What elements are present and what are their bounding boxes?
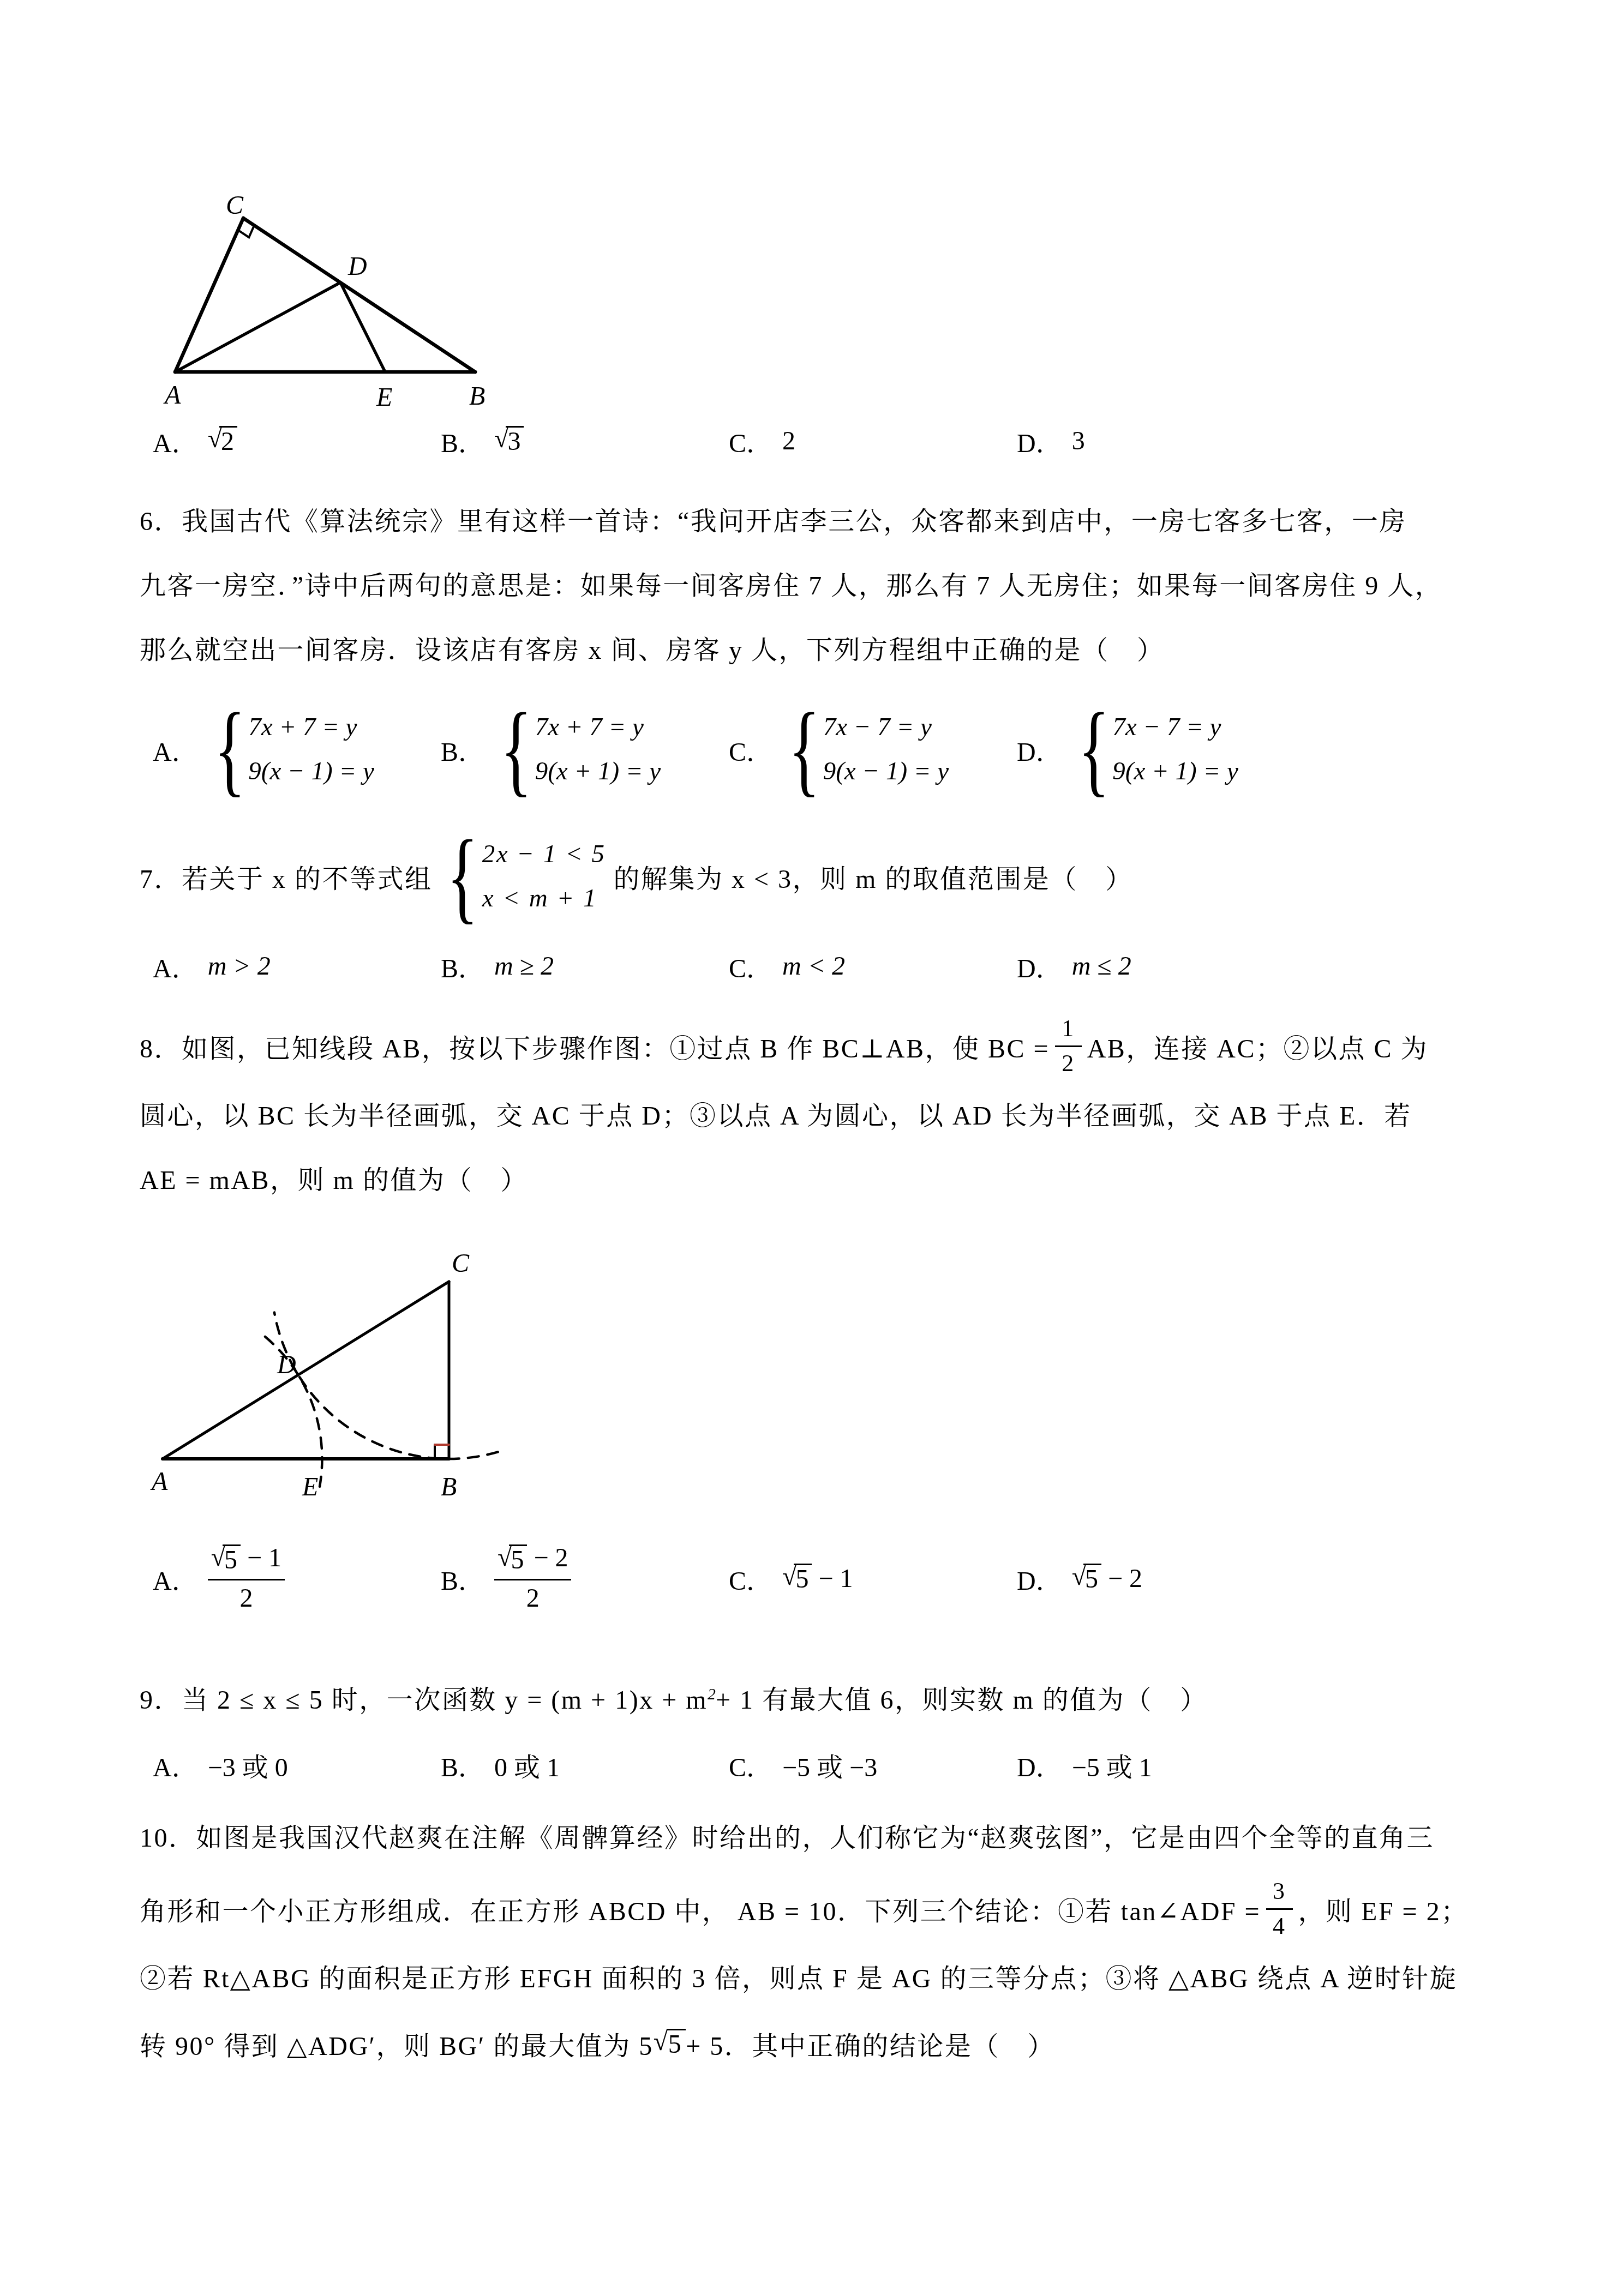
sqrt-5: √5	[782, 1564, 812, 1593]
left-brace: {	[1078, 698, 1110, 801]
q7-option-b-letter: B．	[441, 947, 484, 985]
arc-center-C-through-B-D	[274, 1312, 498, 1459]
sqrt-2: √2	[208, 426, 237, 455]
q7-option-b-value: m ≥ 2	[494, 951, 554, 981]
q8-line1a: 8．如图，已知线段 AB，按以下步骤作图：①过点 B 作 BC⊥AB，使 BC …	[140, 1027, 1050, 1065]
q9-line: 9．当 2 ≤ x ≤ 5 时，一次函数 y = (m + 1)x + m2+ …	[140, 1662, 1498, 1727]
q5-option-b-letter: B．	[441, 422, 484, 460]
q5-option-a: A． √2	[153, 422, 441, 460]
q6-option-d-letter: D．	[1017, 731, 1062, 768]
q10-line4: 转 90° 得到 △ADG′，则 BG′ 的最大值为 5 √5 + 5．其中正确…	[140, 2011, 1498, 2076]
q8-line2: 圆心，以 BC 长为半径画弧，交 AC 于点 D；③以点 A 为圆心，以 AD …	[140, 1084, 1498, 1149]
q8-option-d-letter: D．	[1017, 1560, 1062, 1597]
q6-option-c-letter: C．	[729, 731, 772, 768]
fraction-denominator: 2	[1055, 1045, 1082, 1077]
q7-tail: 的解集为 x < 3，则 m 的取值范围是（ ）	[613, 858, 1132, 895]
q8-option-c-letter: C．	[729, 1560, 772, 1597]
q7-option-a-value: m > 2	[208, 951, 271, 981]
q9-option-a: A． −3 或 0	[153, 1746, 441, 1784]
q7-option-a-letter: A．	[153, 947, 198, 985]
q9-option-c: C． −5 或 −3	[729, 1746, 1017, 1784]
q8-option-d: D． √5 − 2	[1017, 1560, 1142, 1597]
q6-line1: 6．我国古代《算法统宗》里有这样一首诗：“我问开店李三公，众客都来到店中，一房七…	[140, 490, 1498, 554]
numerator-rest: − 1	[241, 1544, 281, 1572]
inequality-system: { 2x − 1 < 5x < m + 1	[440, 831, 606, 922]
question10-text: 10．如图是我国汉代赵爽在注解《周髀算经》时给出的，人们称它为“赵爽弦图”，它是…	[140, 1806, 1498, 2076]
q9-option-b-letter: B．	[441, 1746, 484, 1784]
q7-option-d: D． m ≤ 2	[1017, 947, 1131, 985]
question8-figure: C D A E B	[146, 1243, 528, 1505]
fig2-label-B: B	[441, 1472, 457, 1501]
q9-pre: 9．当 2 ≤ x ≤ 5 时，一次函数 y = (m + 1)x + m	[140, 1686, 708, 1715]
q6-option-b: B． { 7x + 7 = y9(x + 1) = y	[441, 704, 729, 795]
q5-option-d: D． 3	[1017, 422, 1085, 460]
q7-option-d-value: m ≤ 2	[1072, 951, 1131, 981]
triangle-side-AC	[163, 1282, 449, 1459]
fig1-label-D: D	[347, 252, 367, 281]
q6-c-eq1: 7x − 7 = y	[823, 714, 949, 740]
q6-d-eq1: 7x − 7 = y	[1112, 714, 1238, 740]
radicand: 5	[1083, 1564, 1101, 1593]
radicand: 2	[219, 426, 237, 455]
fig1-label-E: E	[376, 383, 392, 410]
q6-line2: 九客一房空．”诗中后两句的意思是：如果每一间客房住 7 人，那么有 7 人无房住…	[140, 554, 1498, 618]
sqrt-5: √5	[498, 1544, 527, 1574]
left-brace: {	[788, 698, 820, 801]
q6-d-eq2: 9(x + 1) = y	[1112, 759, 1238, 784]
q9-option-d: D． −5 或 1	[1017, 1746, 1152, 1784]
fraction-numerator: 1	[1055, 1015, 1082, 1045]
question8-options: A． √5 − 1 2 B． √5 − 2 2 C． √5 − 1 D． √5 …	[140, 1529, 1498, 1627]
question8-text: 8．如图，已知线段 AB，按以下步骤作图：①过点 B 作 BC⊥AB，使 BC …	[140, 1008, 1498, 1213]
q8-option-d-rest: − 2	[1101, 1564, 1142, 1594]
fraction-denominator: 2	[494, 1579, 571, 1612]
question9-text: 9．当 2 ≤ x ≤ 5 时，一次函数 y = (m + 1)x + m2+ …	[140, 1662, 1498, 1727]
q9-option-c-value: −5 或 −3	[782, 1746, 877, 1784]
triangle-side-AC	[175, 218, 243, 372]
q7-option-c-value: m < 2	[782, 951, 845, 981]
q7-ineq1: 2x − 1 < 5	[482, 842, 606, 867]
q9-option-b: B． 0 或 1	[441, 1746, 729, 1784]
equation-system: { 7x − 7 = y9(x − 1) = y	[782, 704, 949, 795]
q5-option-c-value: 2	[782, 426, 795, 456]
question9-options: A． −3 或 0 B． 0 或 1 C． −5 或 −3 D． −5 或 1	[140, 1743, 1498, 1787]
question7-options: A． m > 2 B． m ≥ 2 C． m < 2 D． m ≤ 2	[140, 943, 1498, 988]
q8-option-b-letter: B．	[441, 1560, 484, 1597]
fraction-sqrt5-minus-1-over-2: √5 − 1 2	[208, 1544, 285, 1612]
equation-system: { 7x + 7 = y9(x + 1) = y	[494, 704, 661, 795]
q6-b-eq1: 7x + 7 = y	[535, 714, 661, 740]
fig2-label-C: C	[452, 1249, 470, 1278]
fraction-1-2: 1 2	[1055, 1015, 1082, 1077]
question5-options: A． √2 B． √3 C． 2 D． 3	[140, 418, 1498, 464]
q6-c-eq2: 9(x − 1) = y	[823, 759, 949, 784]
equation-system: { 7x − 7 = y9(x + 1) = y	[1072, 704, 1238, 795]
q10-line2b: ，则 EF = 2；	[1298, 1890, 1469, 1928]
q10-line4b: + 5．其中正确的结论是（ ）	[686, 2025, 1055, 2063]
q6-b-eq2: 9(x + 1) = y	[535, 759, 661, 784]
fig1-label-C: C	[226, 192, 244, 220]
fraction-sqrt5-minus-2-over-2: √5 − 2 2	[494, 1544, 571, 1612]
q6-option-a-letter: A．	[153, 731, 198, 768]
q8-option-c-rest: − 1	[812, 1564, 853, 1594]
q5-option-b: B． √3	[441, 422, 729, 460]
question6-options: A． { 7x + 7 = y9(x − 1) = y B． { 7x + 7 …	[140, 692, 1498, 807]
radicand: 5	[794, 1564, 812, 1593]
radicand: 3	[506, 426, 524, 455]
sqrt-5: √5	[211, 1544, 241, 1574]
q9-option-a-letter: A．	[153, 1746, 198, 1784]
q9-option-d-letter: D．	[1017, 1746, 1062, 1784]
q8-line3: AE = mAB，则 m 的值为（ ）	[140, 1149, 1498, 1213]
fig2-label-A: A	[150, 1467, 168, 1496]
q10-line2: 角形和一个小正方形组成．在正方形 ABCD 中， AB = 10．下列三个结论：…	[140, 1871, 1498, 1947]
q6-option-d: D． { 7x − 7 = y9(x + 1) = y	[1017, 704, 1238, 795]
fig2-label-E: E	[302, 1472, 318, 1501]
q9-exponent: 2	[708, 1685, 716, 1703]
q7-ineq2: x < m + 1	[482, 886, 606, 911]
fig1-label-B: B	[469, 382, 485, 410]
q9-option-b-value: 0 或 1	[494, 1746, 560, 1784]
q8-option-a: A． √5 − 1 2	[153, 1544, 441, 1612]
q6-a-eq1: 7x + 7 = y	[248, 714, 374, 740]
fig2-label-D: D	[277, 1350, 296, 1379]
q6-option-b-letter: B．	[441, 731, 484, 768]
q8-option-a-letter: A．	[153, 1560, 198, 1597]
radicand: 5	[223, 1544, 241, 1574]
radicand: 5	[667, 2029, 686, 2058]
q8-option-c: C． √5 − 1	[729, 1560, 1017, 1597]
sqrt-5: √5	[1072, 1564, 1101, 1593]
sqrt-5: √5	[654, 2029, 686, 2058]
q8-line1b: AB，连接 AC；②以点 C 为	[1087, 1027, 1428, 1065]
question5-figure: C D A E B	[156, 192, 505, 410]
left-brace: {	[446, 825, 479, 928]
q6-option-a: A． { 7x + 7 = y9(x − 1) = y	[153, 704, 441, 795]
q7-option-a: A． m > 2	[153, 947, 441, 985]
q5-option-d-value: 3	[1072, 426, 1085, 456]
left-brace: {	[500, 698, 532, 801]
q5-option-c: C． 2	[729, 422, 1017, 460]
radicand: 5	[509, 1544, 527, 1574]
q7-option-b: B． m ≥ 2	[441, 947, 729, 985]
q7-option-d-letter: D．	[1017, 947, 1062, 985]
question6-text: 6．我国古代《算法统宗》里有这样一首诗：“我问开店李三公，众客都来到店中，一房七…	[140, 490, 1498, 683]
fraction-denominator: 4	[1266, 1908, 1293, 1939]
segment-AD	[175, 283, 340, 372]
triangle-side-CB	[243, 218, 475, 372]
q9-option-d-value: −5 或 1	[1072, 1746, 1152, 1784]
equation-system: { 7x + 7 = y9(x − 1) = y	[208, 704, 374, 795]
q6-a-eq2: 9(x − 1) = y	[248, 759, 374, 784]
q5-option-a-letter: A．	[153, 422, 198, 460]
numerator-rest: − 2	[527, 1544, 568, 1572]
q10-line4a: 转 90° 得到 △ADG′，则 BG′ 的最大值为 5	[140, 2025, 654, 2063]
sqrt-3: √3	[494, 426, 524, 455]
q9-option-c-letter: C．	[729, 1746, 772, 1784]
q7-option-c-letter: C．	[729, 947, 772, 985]
q8-option-b: B． √5 − 2 2	[441, 1544, 729, 1612]
q8-line1: 8．如图，已知线段 AB，按以下步骤作图：①过点 B 作 BC⊥AB，使 BC …	[140, 1008, 1498, 1084]
q10-line3: ②若 Rt△ABG 的面积是正方形 EFGH 面积的 3 倍，则点 F 是 AG…	[140, 1947, 1498, 2011]
q5-option-c-letter: C．	[729, 422, 772, 460]
q5-option-d-letter: D．	[1017, 422, 1062, 460]
fraction-3-4: 3 4	[1266, 1878, 1293, 1939]
exam-page: { "math": { "radical": "√", "lbrace": "{…	[0, 0, 1624, 2296]
left-brace: {	[214, 698, 245, 801]
q6-line3: 那么就空出一间客房．设该店有客房 x 间、房客 y 人，下列方程组中正确的是（ …	[140, 618, 1498, 683]
q7-lead: 7．若关于 x 的不等式组	[140, 858, 433, 895]
q9-option-a-value: −3 或 0	[208, 1746, 288, 1784]
question7-text: 7．若关于 x 的不等式组 { 2x − 1 < 5x < m + 1 的解集为…	[140, 822, 1498, 930]
q6-option-c: C． { 7x − 7 = y9(x − 1) = y	[729, 704, 1017, 795]
fraction-numerator: 3	[1266, 1878, 1293, 1908]
fig1-label-A: A	[163, 381, 181, 410]
q10-line1: 10．如图是我国汉代赵爽在注解《周髀算经》时给出的，人们称它为“赵爽弦图”，它是…	[140, 1806, 1498, 1871]
page-content: C D A E B A． √2 B． √3 C． 2 D． 3 6．我国古代《算…	[140, 0, 1498, 2076]
q7-option-c: C． m < 2	[729, 947, 1017, 985]
q10-line2a: 角形和一个小正方形组成．在正方形 ABCD 中， AB = 10．下列三个结论：…	[140, 1890, 1261, 1928]
fraction-denominator: 2	[208, 1579, 285, 1612]
q9-post: + 1 有最大值 6，则实数 m 的值为（ ）	[716, 1686, 1208, 1715]
